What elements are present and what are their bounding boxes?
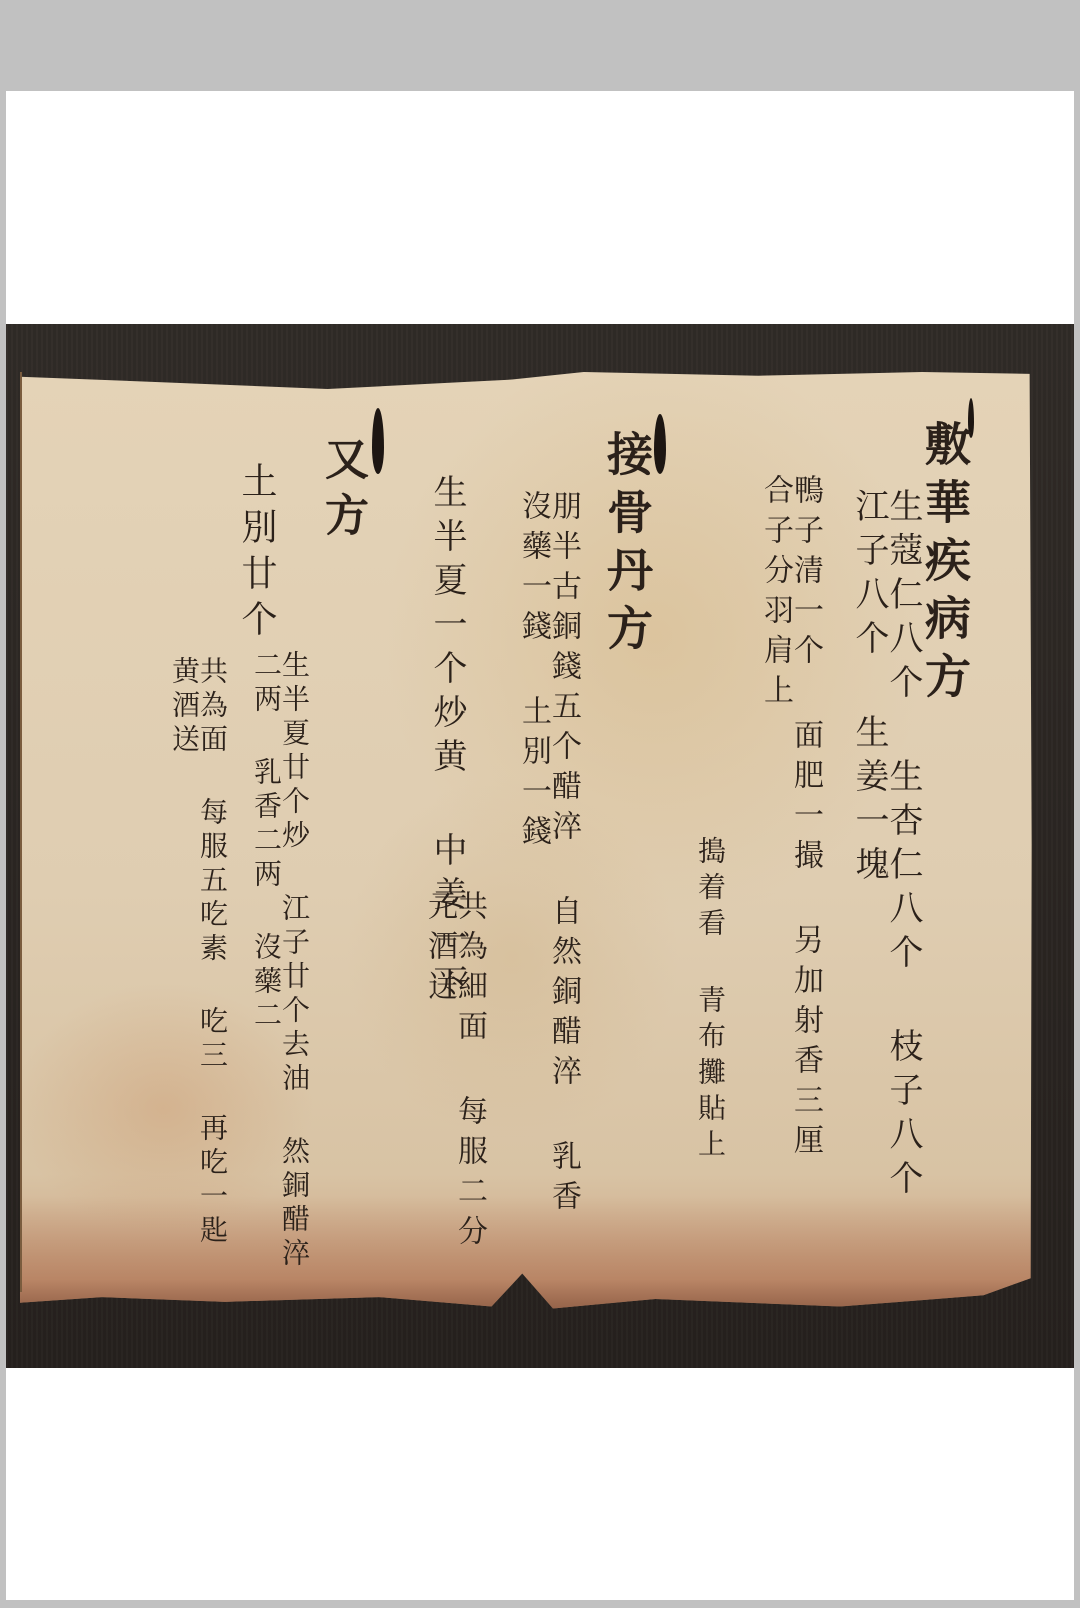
binding-edge xyxy=(20,372,22,1292)
recipe-line-2-3: 共為細面 每服二分 元酒送 xyxy=(424,890,484,1290)
recipe-line-3-1: 土別廿个 xyxy=(238,462,274,646)
section-title-1: 敷華疾病方 xyxy=(922,420,968,710)
manuscript-photo: 敷華疾病方 生蔻仁八个 生杏仁八个 枝子八个 江子八个 生姜一塊 鴨子清一个 面… xyxy=(6,324,1074,1368)
recipe-line-2-1: 朋半古銅錢五个醋淬 自然銅醋淬 乳香 沒藥一錢 土別一錢 xyxy=(518,490,578,1290)
recipe-line-1-3: 搗着看 青布攤貼上 xyxy=(696,836,724,1165)
recipe-line-3-2: 生半夏廿个炒 江子廿个去油 然銅醋淬二两 乳香二两 沒藥二 xyxy=(252,650,308,1290)
recipe-line-3-3: 共為面 每服五吃素 吃三 再吃一匙 黄酒送 xyxy=(170,656,226,1296)
recipe-line-1-1: 生蔻仁八个 生杏仁八个 枝子八个 江子八个 生姜一塊 xyxy=(852,488,920,1258)
section-title-3: 又方 xyxy=(320,436,364,548)
section-title-2: 接骨丹方 xyxy=(604,430,650,662)
recipe-line-1-2: 鴨子清一个 面肥一撮 另加射香三厘 合子分羽肩上 xyxy=(760,474,820,1194)
